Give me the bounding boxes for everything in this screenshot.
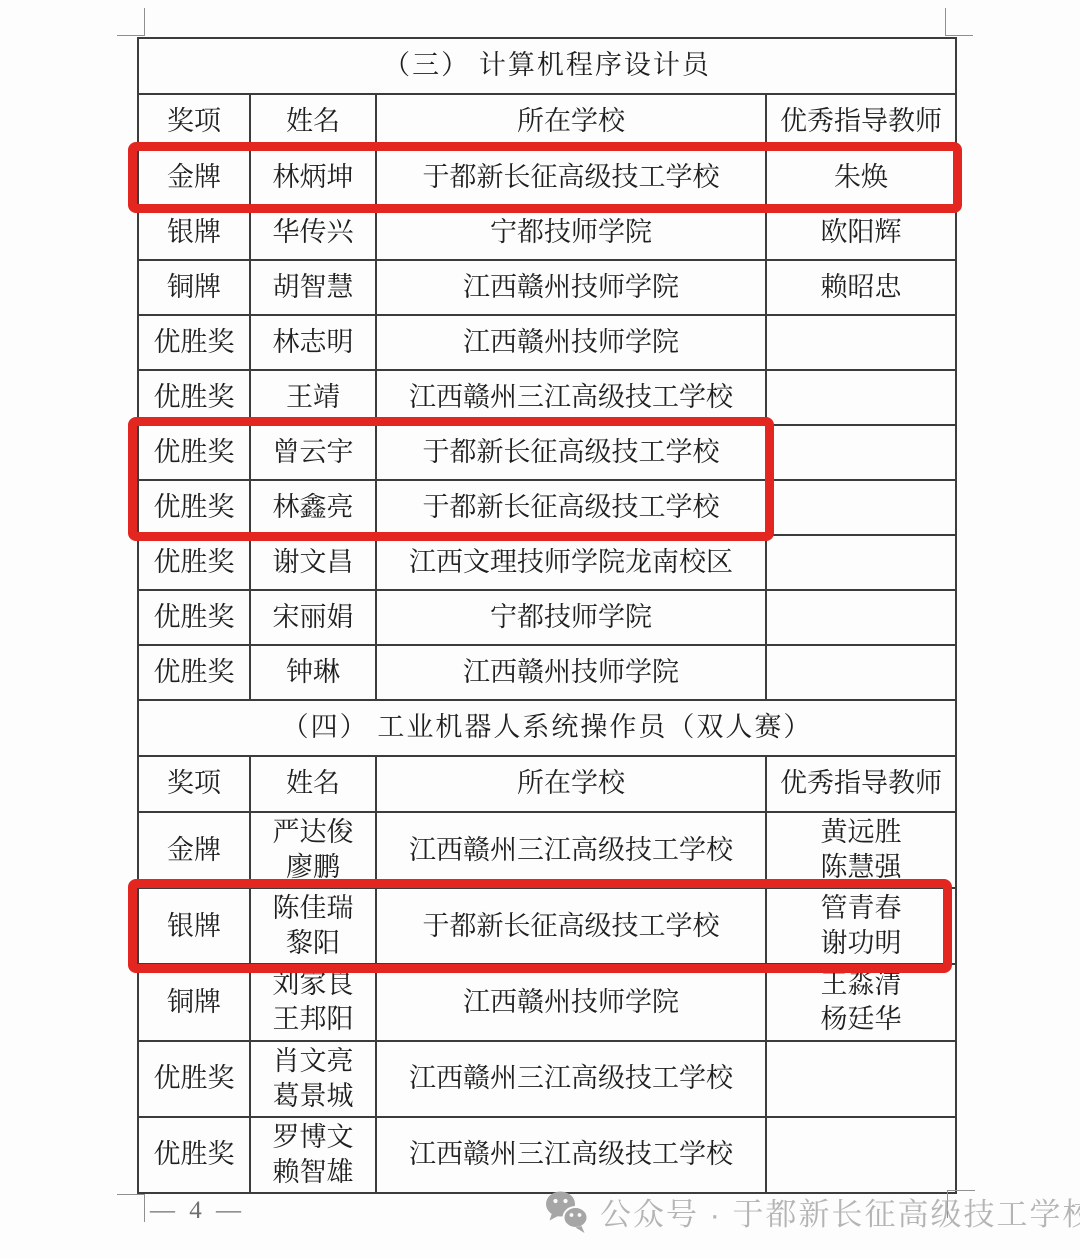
cell-award: 优胜奖 [138, 590, 250, 645]
column-header: 优秀指导教师 [766, 756, 956, 812]
cell-school: 江西赣州三江高级技工学校 [376, 370, 766, 425]
table-row: 优胜奖林志明江西赣州技师学院 [138, 315, 956, 370]
cell-teacher: 管青春 谢功明 [766, 888, 956, 964]
cell-name: 谢文昌 [250, 535, 376, 590]
cell-award: 优胜奖 [138, 1117, 250, 1193]
table-row: 银牌陈佳瑞 黎阳于都新长征高级技工学校管青春 谢功明 [138, 888, 956, 964]
table-row: 优胜奖曾云宇于都新长征高级技工学校 [138, 425, 956, 480]
crop-mark-top-right [945, 35, 973, 36]
table-row: 银牌华传兴宁都技师学院欧阳辉 [138, 205, 956, 260]
cell-teacher [766, 590, 956, 645]
cell-name: 华传兴 [250, 205, 376, 260]
cell-name: 曾云宇 [250, 425, 376, 480]
document-page: （三） 计算机程序设计员奖项姓名所在学校优秀指导教师金牌林炳坤于都新长征高级技工… [0, 0, 1080, 1259]
crop-mark-bottom-left [144, 1194, 145, 1222]
cell-school: 于都新长征高级技工学校 [376, 888, 766, 964]
table-row: 铜牌刘家良 王邦阳江西赣州技师学院王淼清 杨廷华 [138, 964, 956, 1040]
cell-award: 优胜奖 [138, 315, 250, 370]
cell-award: 优胜奖 [138, 480, 250, 535]
section-title: （四） 工业机器人系统操作员（双人赛） [138, 700, 956, 756]
cell-teacher: 黄远胜 陈慧强 [766, 812, 956, 888]
crop-mark-top-left [117, 35, 145, 36]
table-row: 优胜奖宋丽娟宁都技师学院 [138, 590, 956, 645]
cell-school: 江西赣州技师学院 [376, 645, 766, 700]
crop-mark-top-right [945, 8, 946, 36]
cell-teacher [766, 1117, 956, 1193]
column-header: 姓名 [250, 94, 376, 150]
cell-school: 江西赣州三江高级技工学校 [376, 812, 766, 888]
table-row: 优胜奖肖文亮 葛景城江西赣州三江高级技工学校 [138, 1041, 956, 1117]
cell-teacher [766, 1041, 956, 1117]
column-header: 奖项 [138, 94, 250, 150]
cell-award: 银牌 [138, 888, 250, 964]
cell-school: 于都新长征高级技工学校 [376, 480, 766, 535]
cell-school: 于都新长征高级技工学校 [376, 150, 766, 205]
cell-name: 林鑫亮 [250, 480, 376, 535]
cell-award: 银牌 [138, 205, 250, 260]
cell-name: 罗博文 赖智雄 [250, 1117, 376, 1193]
cell-teacher [766, 315, 956, 370]
cell-school: 宁都技师学院 [376, 205, 766, 260]
cell-name: 钟琳 [250, 645, 376, 700]
cell-teacher [766, 370, 956, 425]
cell-teacher [766, 425, 956, 480]
column-header: 姓名 [250, 756, 376, 812]
cell-name: 严达俊 廖鹏 [250, 812, 376, 888]
cell-school: 江西赣州技师学院 [376, 315, 766, 370]
cell-name: 林炳坤 [250, 150, 376, 205]
header-row: 奖项姓名所在学校优秀指导教师 [138, 94, 956, 150]
cell-teacher: 朱焕 [766, 150, 956, 205]
table-row: 金牌严达俊 廖鹏江西赣州三江高级技工学校黄远胜 陈慧强 [138, 812, 956, 888]
cell-award: 优胜奖 [138, 425, 250, 480]
cell-school: 江西文理技师学院龙南校区 [376, 535, 766, 590]
table-row: 铜牌胡智慧江西赣州技师学院赖昭忠 [138, 260, 956, 315]
table-row: 优胜奖王靖江西赣州三江高级技工学校 [138, 370, 956, 425]
cell-teacher: 王淼清 杨廷华 [766, 964, 956, 1040]
cell-school: 于都新长征高级技工学校 [376, 425, 766, 480]
wechat-icon [543, 1188, 590, 1235]
cell-teacher: 欧阳辉 [766, 205, 956, 260]
cell-award: 金牌 [138, 812, 250, 888]
cell-award: 优胜奖 [138, 1041, 250, 1117]
wechat-watermark: 公众号 · 于都新长征高级技工学校 [543, 1188, 1080, 1235]
crop-mark-top-left [144, 8, 145, 36]
cell-name: 陈佳瑞 黎阳 [250, 888, 376, 964]
cell-name: 林志明 [250, 315, 376, 370]
page-number: — 4 — [150, 1197, 245, 1225]
cell-name: 肖文亮 葛景城 [250, 1041, 376, 1117]
cell-award: 优胜奖 [138, 645, 250, 700]
cell-award: 金牌 [138, 150, 250, 205]
cell-award: 优胜奖 [138, 535, 250, 590]
table-row: 优胜奖林鑫亮于都新长征高级技工学校 [138, 480, 956, 535]
cell-teacher [766, 480, 956, 535]
crop-mark-bottom-left [117, 1194, 145, 1195]
table-row: 优胜奖钟琳江西赣州技师学院 [138, 645, 956, 700]
header-row: 奖项姓名所在学校优秀指导教师 [138, 756, 956, 812]
cell-school: 江西赣州技师学院 [376, 964, 766, 1040]
column-header: 所在学校 [376, 94, 766, 150]
table-row: 金牌林炳坤于都新长征高级技工学校朱焕 [138, 150, 956, 205]
table-row: 优胜奖谢文昌江西文理技师学院龙南校区 [138, 535, 956, 590]
cell-award: 优胜奖 [138, 370, 250, 425]
column-header: 所在学校 [376, 756, 766, 812]
cell-name: 宋丽娟 [250, 590, 376, 645]
cell-name: 刘家良 王邦阳 [250, 964, 376, 1040]
section-title: （三） 计算机程序设计员 [138, 38, 956, 94]
cell-award: 铜牌 [138, 260, 250, 315]
cell-school: 宁都技师学院 [376, 590, 766, 645]
column-header: 奖项 [138, 756, 250, 812]
cell-award: 铜牌 [138, 964, 250, 1040]
cell-school: 江西赣州三江高级技工学校 [376, 1041, 766, 1117]
cell-teacher: 赖昭忠 [766, 260, 956, 315]
wechat-watermark-label: 公众号 · 于都新长征高级技工学校 [600, 1189, 1080, 1234]
cell-school: 江西赣州技师学院 [376, 260, 766, 315]
cell-name: 胡智慧 [250, 260, 376, 315]
cell-teacher [766, 535, 956, 590]
cell-teacher [766, 645, 956, 700]
column-header: 优秀指导教师 [766, 94, 956, 150]
awards-table: （三） 计算机程序设计员奖项姓名所在学校优秀指导教师金牌林炳坤于都新长征高级技工… [137, 37, 957, 1194]
cell-school: 江西赣州三江高级技工学校 [376, 1117, 766, 1193]
table-row: 优胜奖罗博文 赖智雄江西赣州三江高级技工学校 [138, 1117, 956, 1193]
cell-name: 王靖 [250, 370, 376, 425]
